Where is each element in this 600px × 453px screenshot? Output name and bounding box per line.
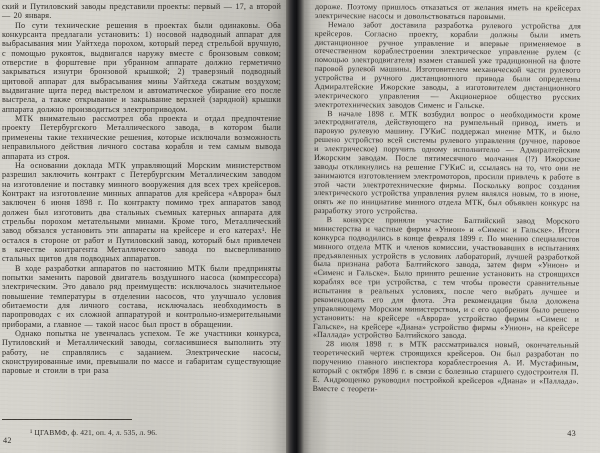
book-gutter bbox=[286, 0, 304, 453]
paragraph: По сути технические решения в проектах б… bbox=[2, 21, 281, 114]
footnote: ¹ ЦГАВМФ, ф. 421, оп. 4, л. 535, л. 96. bbox=[30, 428, 270, 437]
paragraph: Однако попытка не увенчалась успехом. Те… bbox=[2, 329, 281, 376]
page-right-text-column: дороже. Поэтому пришлось отказаться от ж… bbox=[312, 3, 581, 429]
page-left: ский и Путиловский заводы представили пр… bbox=[0, 0, 286, 453]
page-number-right: 43 bbox=[567, 429, 576, 438]
footnote-divider bbox=[2, 419, 132, 420]
page-number-left: 42 bbox=[3, 436, 12, 445]
page-left-text-column: ский и Путиловский заводы представили пр… bbox=[2, 2, 281, 414]
page-right: дороже. Поэтому пришлось отказаться от ж… bbox=[304, 0, 600, 453]
paragraph: В начале 1898 г. МТК возбудил вопрос о н… bbox=[314, 109, 581, 217]
paragraph: МТК внимательно рассмотрел оба проекта и… bbox=[2, 114, 281, 161]
paragraph: В конкурсе приняли участие Балтийский за… bbox=[313, 216, 580, 342]
paragraph: Немало забот доставила разработка рулево… bbox=[314, 21, 581, 111]
paragraph: 28 июля 1898 г. в МТК рассматривался нов… bbox=[313, 340, 579, 395]
paragraph: ский и Путиловский заводы представили пр… bbox=[2, 2, 281, 21]
paragraph: В ходе разработки аппаратов по настоянию… bbox=[2, 264, 281, 329]
paragraph: На основании доклада МТК управляющий Мор… bbox=[2, 161, 281, 264]
book-spread: ский и Путиловский заводы представили пр… bbox=[0, 0, 600, 453]
